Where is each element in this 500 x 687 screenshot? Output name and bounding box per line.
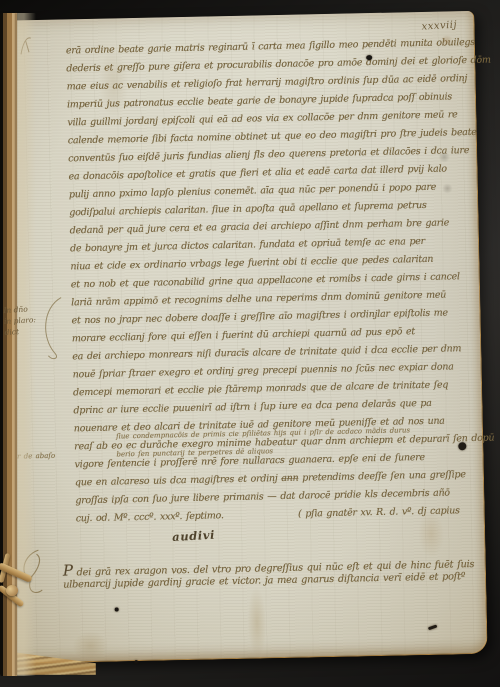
ink-hole [115, 607, 119, 611]
text-line: imperiū jus patronatus ecclie beate gari… [67, 91, 452, 110]
text-line: mae eius ac venabilis et religioſo frat … [67, 73, 468, 92]
text-line: demcepi memorari et ecclie pie ſtāremp m… [73, 379, 448, 398]
text-line: ea donacōis apoſtolice et gratis que fie… [68, 163, 446, 182]
text-line: cuj. od. Mº. cccº. xxxº. ſeptimo.( pſia … [76, 505, 460, 524]
text-line: lariā nrām appimō et recognims delhe una… [71, 290, 446, 309]
text-line: niua et cide ex ordinario vrbags lege fu… [70, 254, 433, 273]
text-line: villa guillmi jordanj epiſcoli qui eā ad… [67, 109, 457, 128]
text-line: dederis et greſſo pure giſera et procura… [66, 55, 491, 75]
text-line: et nos no jrapr nec dobere doaſſe i greſ… [72, 307, 449, 326]
manuscript-photo: xxxviij erā ordine beate garie matris re… [0, 0, 500, 687]
text-line: dprinc ar iure ecclie puuenirī ad iſtrn … [73, 398, 431, 416]
binding-gutter [0, 13, 36, 676]
text-line: ea dei archiepo monrears niſi duracīs al… [72, 343, 461, 362]
text-line: groſſas ipſa con ſuo jure libere primani… [75, 487, 450, 506]
text-line: pulij anno pximo lapſo plenius conemēt. … [69, 182, 436, 201]
text-line: godiſpalui archiepis calaritan. ſiue in … [69, 200, 426, 218]
text-line: morare ecclianj fore qui eſſen i fuerint… [72, 326, 415, 344]
section-heading: audivi [172, 528, 216, 544]
margin-note-line: in plaro: [4, 314, 36, 327]
ink-hole [135, 660, 138, 663]
text-line: de bonayre jm et jurca dictos calaritan.… [70, 236, 425, 254]
ink-hole [366, 55, 372, 60]
date-clause: cuj. od. Mº. cccº. xxxº. ſeptimo. [76, 510, 224, 524]
chancery-note: ( pſia gnatēr xv. R. d. vº. dj capius [298, 505, 460, 519]
manuscript-page: xxxviij erā ordine beate garie matris re… [0, 11, 488, 664]
text-line: nouē ſpriar ſtraer exegro et ordinj greg… [73, 361, 454, 380]
binding-tie-knot [6, 585, 18, 596]
text-block: erā ordine beate garie matris reginarū ī… [0, 11, 487, 663]
text-line: que en alcareso uis dca magiſtres et ord… [75, 469, 466, 488]
text-line: conventūs ſuo eiſdē juris fundias alienj… [68, 145, 469, 164]
margin-note-line: dict [4, 325, 36, 338]
text-line: calende memorie ſibi facta nomine obtine… [68, 127, 477, 147]
text-line: dedanā per quā jure cera et ea gracia de… [70, 217, 450, 236]
text-line: et no nob et que raconabilid grine qua a… [71, 271, 460, 290]
text-line: erā ordine beate garie matris reginarū ī… [66, 37, 475, 57]
margin-note: In dñoin plaro:dict [3, 303, 37, 338]
